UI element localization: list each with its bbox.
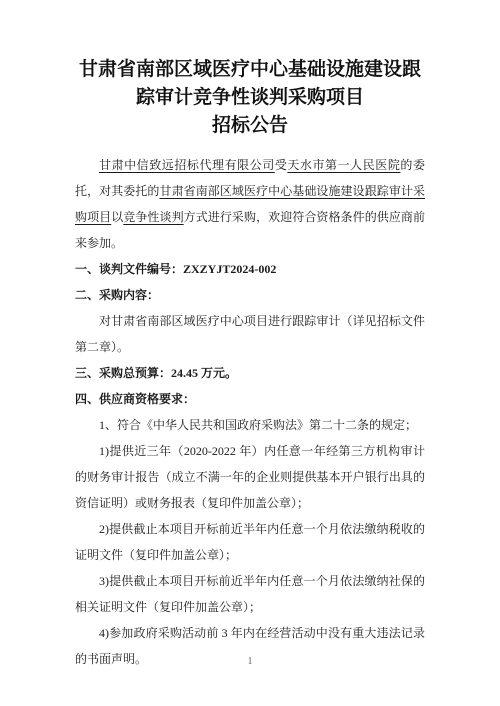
document-page: 甘肃省南部区域医疗中心基础设施建设跟踪审计竞争性谈判采购项目 招标公告 甘肃中信…: [0, 0, 500, 706]
section-2-paragraph: 对甘肃省南部区域医疗中心项目进行跟踪审计（详见招标文件第二章）。: [75, 308, 425, 360]
section-4-heading: 四、供应商资格要求：: [75, 386, 425, 412]
section-3-heading: 三、采购总预算：24.45 万元。: [75, 360, 425, 386]
document-title: 甘肃省南部区域医疗中心基础设施建设跟踪审计竞争性谈判采购项目 招标公告: [75, 56, 425, 140]
title-main-text: 甘肃省南部区域医疗中心基础设施建设跟踪审计竞争性谈判采购项目: [79, 59, 421, 108]
page-number: 1: [0, 656, 500, 668]
procurement-method-text: 竞争性谈判: [123, 210, 183, 224]
qualification-item-4: 3)提供截止本项目开标前近半年内任意一个月依法缴纳社保的相关证明文件（复印件加盖…: [75, 568, 425, 620]
section-1-heading: 一、谈判文件编号：ZXZYJT2024-002: [75, 256, 425, 282]
intro-paragraph: 甘肃中信致远招标代理有限公司受天水市第一人民医院的委托，对其委托的甘肃省南部区域…: [75, 152, 425, 256]
title-subtitle-text: 招标公告: [75, 112, 425, 140]
intro-text-segment: 受: [275, 158, 288, 172]
client-name-text: 天水市第一人民医院: [287, 158, 400, 172]
intro-text-segment: 以: [111, 210, 123, 224]
qualification-item-1: 1、符合《中华人民共和国政府采购法》第二十二条的规定；: [75, 412, 425, 438]
section-2-heading: 二、采购内容：: [75, 282, 425, 308]
agency-name-text: 甘肃中信致远招标代理有限公司: [99, 158, 275, 172]
qualification-item-3: 2)提供截止本项目开标前近半年内任意一个月依法缴纳税收的证明文件（复印件加盖公章…: [75, 516, 425, 568]
qualification-item-2: 1)提供近三年（2020-2022 年）内任意一年经第三方机构审计的财务审计报告…: [75, 438, 425, 516]
